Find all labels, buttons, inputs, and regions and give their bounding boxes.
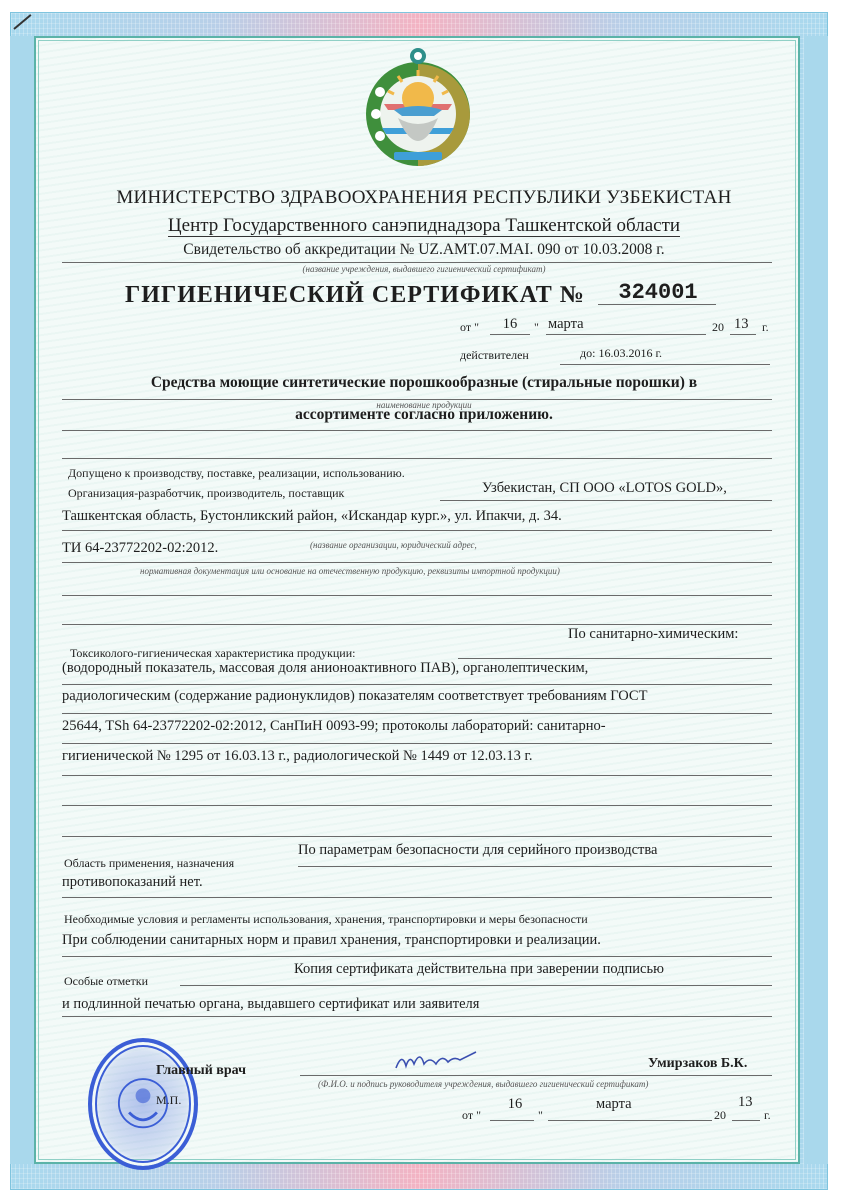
- sign-date-month: марта: [596, 1096, 632, 1113]
- date-day: 16: [493, 316, 527, 333]
- product-name-line2: ассортименте согласно приложению.: [0, 406, 848, 424]
- valid-label: действителен: [460, 348, 529, 363]
- number-underline: [598, 304, 716, 305]
- org-underline: [440, 500, 772, 501]
- ministry-name: МИНИСТЕРСТВО ЗДРАВООХРАНЕНИЯ РЕСПУБЛИКИ …: [0, 187, 848, 209]
- issuing-center: Центр Государственного санэпиднадзора Та…: [0, 215, 848, 237]
- certificate-number: 324001: [600, 280, 716, 305]
- divider: [62, 684, 772, 685]
- date-quote: ": [534, 320, 539, 335]
- application-line2: противопоказаний нет.: [62, 874, 203, 891]
- notes-line2: и подлинной печатью органа, выдавшего се…: [62, 996, 479, 1013]
- divider: [62, 956, 772, 957]
- sign-date-prefix: от ": [462, 1108, 481, 1123]
- organization-label: Организация-разработчик, производитель, …: [68, 486, 344, 501]
- sign-month-underline: [548, 1120, 712, 1121]
- divider: [62, 458, 772, 459]
- organization-name: Узбекистан, СП ООО «LOTOS GOLD»,: [482, 480, 727, 497]
- divider: [62, 805, 772, 806]
- conditions-value: При соблюдении санитарных норм и правил …: [62, 932, 601, 949]
- toxicology-label: Токсиколого-гигиеническая характеристика…: [70, 646, 355, 661]
- sign-date-quote: ": [538, 1108, 543, 1123]
- org-hint: (название организации, юридический адрес…: [310, 540, 477, 550]
- divider: [62, 713, 772, 714]
- conditions-label: Необходимые условия и регламенты использ…: [64, 912, 588, 927]
- accreditation-info: Свидетельство об аккредитации № UZ.AMT.0…: [0, 241, 848, 259]
- normative-doc: ТИ 64-23772202-02:2012.: [62, 540, 218, 557]
- date-year: 13: [734, 316, 749, 333]
- toxicology-line3: 25644, TSh 64-23772202-02:2012, СанПиН 0…: [62, 718, 606, 735]
- divider: [62, 743, 772, 744]
- signature-hint: (Ф.И.О. и подпись руководителя учреждени…: [318, 1079, 648, 1089]
- valid-until: до: 16.03.2016 г.: [580, 346, 662, 361]
- divider: [62, 430, 772, 431]
- divider: [62, 1016, 772, 1017]
- issuing-center-text: Центр Государственного санэпиднадзора Та…: [168, 215, 680, 237]
- sign-year-underline: [732, 1120, 760, 1121]
- date-prefix: от ": [460, 320, 479, 335]
- divider: [62, 562, 772, 563]
- certificate-title: ГИГИЕНИЧЕСКИЙ СЕРТИФИКАТ №: [125, 282, 585, 309]
- stamp-place-mark: М.П.: [156, 1093, 181, 1108]
- institution-hint: (название учреждения, выдавшего гигиенич…: [0, 264, 848, 274]
- notes-label: Особые отметки: [64, 974, 148, 989]
- sign-day-underline: [490, 1120, 534, 1121]
- application-line1: По параметрам безопасности для серийного…: [298, 842, 657, 859]
- divider: [62, 595, 772, 596]
- application-underline: [298, 866, 772, 867]
- divider: [62, 530, 772, 531]
- application-label: Область применения, назначения: [64, 856, 234, 871]
- date-suffix: г.: [762, 320, 769, 335]
- chief-doctor-name: Умирзаков Б.К.: [648, 1056, 747, 1072]
- official-stamp: [88, 1038, 198, 1170]
- toxicology-line4: гигиенической № 1295 от 16.03.13 г., рад…: [62, 748, 532, 765]
- chief-doctor-role: Главный врач: [156, 1063, 246, 1079]
- notes-underline: [180, 985, 772, 986]
- divider: [62, 897, 772, 898]
- state-emblem-icon: [354, 44, 482, 172]
- day-underline: [490, 334, 530, 335]
- sign-date-day: 16: [500, 1096, 530, 1113]
- divider: [62, 775, 772, 776]
- sign-date-century: 20: [714, 1108, 726, 1123]
- divider: [62, 836, 772, 837]
- year-underline: [730, 334, 756, 335]
- signature-underline: [300, 1075, 772, 1076]
- toxicology-line1: (водородный показатель, массовая доля ан…: [62, 660, 588, 677]
- sign-date-suffix: г.: [764, 1108, 771, 1123]
- sign-date-year: 13: [738, 1094, 753, 1111]
- toxicology-line2: радиологическим (содержание радионуклидо…: [62, 688, 647, 705]
- normative-hint: нормативная документация или основание н…: [140, 566, 560, 576]
- date-century: 20: [712, 320, 724, 335]
- permitted-text: Допущено к производству, поставке, реали…: [68, 466, 405, 481]
- divider: [62, 624, 772, 625]
- month-underline: [546, 334, 706, 335]
- divider: [62, 262, 772, 263]
- product-name-line1: Средства моющие синтетические порошкообр…: [0, 374, 848, 392]
- valid-underline: [560, 364, 770, 365]
- date-month: марта: [548, 316, 584, 333]
- toxicology-line0: По санитарно-химическим:: [568, 626, 738, 643]
- signature-icon: [392, 1046, 482, 1076]
- notes-line1: Копия сертификата действительна при заве…: [294, 961, 664, 978]
- toxicology-underline: [458, 658, 772, 659]
- organization-address: Ташкентская область, Бустонликский район…: [62, 508, 562, 525]
